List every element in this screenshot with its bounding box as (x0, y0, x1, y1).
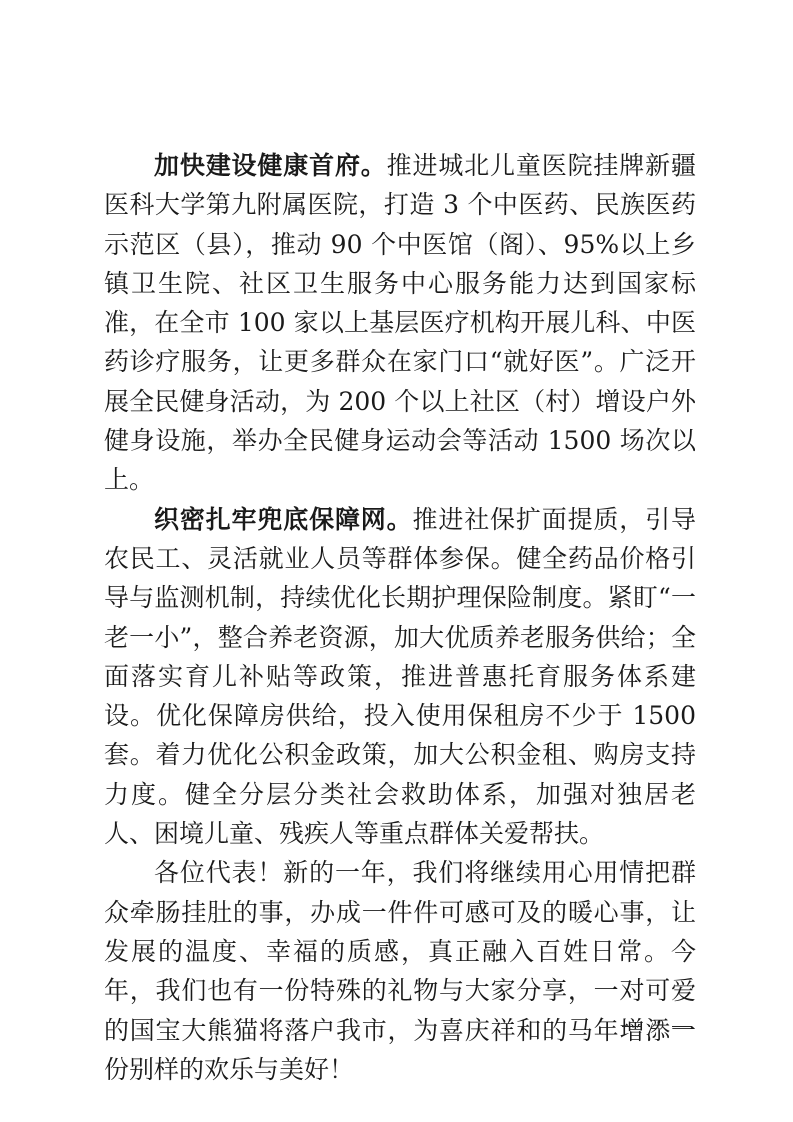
paragraph-heading: 加快建设健康首府。 (154, 151, 387, 180)
footer-dash-right (672, 1026, 692, 1027)
paragraph-text: 推进社保扩面提质，引导农民工、灵活就业人员等群体参保。健全药品价格引导与监测机制… (104, 505, 696, 848)
page-number: 29 (650, 1018, 664, 1034)
paragraph-closing: 各位代表！新的一年，我们将继续用心用情把群众牵肠挂肚的事，办成一件件可感可及的暖… (104, 853, 696, 1089)
footer-dash-left (622, 1026, 642, 1027)
paragraph-social-safety-net: 织密扎牢兜底保障网。推进社保扩面提质，引导农民工、灵活就业人员等群体参保。健全药… (104, 500, 696, 854)
paragraph-heading: 织密扎牢兜底保障网。 (154, 505, 413, 534)
paragraph-text: 各位代表！新的一年，我们将继续用心用情把群众牵肠挂肚的事，办成一件件可感可及的暖… (104, 858, 696, 1083)
document-body: 加快建设健康首府。推进城北儿童医院挂牌新疆医科大学第九附属医院，打造 3 个中医… (104, 146, 696, 1089)
paragraph-text: 推进城北儿童医院挂牌新疆医科大学第九附属医院，打造 3 个中医药、民族医药示范区… (104, 151, 696, 494)
paragraph-health-capital: 加快建设健康首府。推进城北儿童医院挂牌新疆医科大学第九附属医院，打造 3 个中医… (104, 146, 696, 500)
page-footer: 29 (622, 1018, 692, 1034)
